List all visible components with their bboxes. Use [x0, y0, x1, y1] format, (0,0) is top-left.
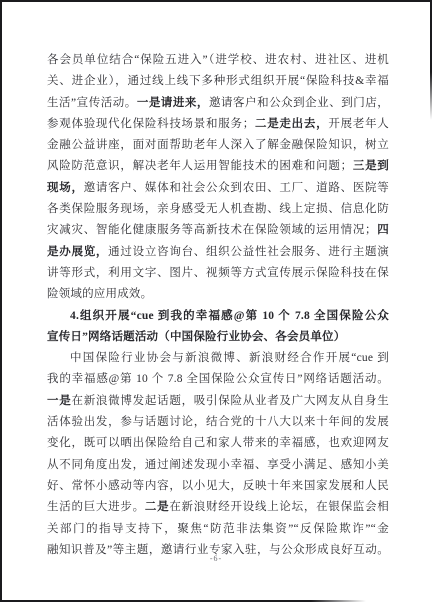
text-run: 关、进企业），通过线上线下多种形式组织开展“保险科技&幸福 [47, 75, 389, 87]
text-line: 灾减灾、智能化健康服务等高新技术在保险领域的运用情况；四 [47, 220, 389, 241]
text-line: 4.组织开展“cue 到我的幸福感@第 10 个 7.8 全国保险公众 [47, 306, 389, 327]
text-run: 参观体验现代化保险科技场景和服务； [47, 118, 254, 130]
text-run: 金融公益讲座，面对面帮助老年人深入了解金融保险知识，树立 [47, 139, 389, 151]
text-run: 通过设立咨询台、组织公益性社会服务、进行主题演 [108, 246, 389, 258]
text-run: 在新浪财经开设线上论坛，在银保监会相 [169, 501, 389, 513]
text-line: 金融公益讲座，面对面帮助老年人深入了解金融保险知识，树立 [47, 135, 389, 156]
text-line: 我的幸福感@第 10 个 7.8 全国保险公众宣传日”网络话题活动。 [47, 369, 389, 390]
text-run: 风险防范意识，解决老年人运用智能技术的困难和问题； [47, 160, 352, 172]
bold-text-run: 一是请进来， [137, 97, 209, 109]
page-number: -6- [0, 554, 432, 563]
text-run: 关部门的指导支持下，聚焦“防范非法集资”“反保险欺诈”“金 [47, 523, 389, 535]
scan-border-left [0, 0, 2, 601]
scan-border-top [0, 0, 432, 2]
text-run: 生活的巨大进步。 [47, 501, 145, 513]
bold-text-run: 二是走出去， [254, 118, 328, 130]
scan-border-bottom [0, 600, 366, 602]
text-line: 讲等形式，利用文字、图片、视频等方式宣传展示保险科技在保 [47, 263, 389, 284]
text-run: 各会员单位结合“保险五进入”（进学校、进农村、进社区、进机 [47, 54, 389, 66]
document-page: 各会员单位结合“保险五进入”（进学校、进农村、进社区、进机关、进企业），通过线上… [0, 0, 432, 603]
text-run: 各类保险服务现场，亲身感受无人机查勘、线上定损、信息化防 [47, 203, 389, 215]
bold-text-run: 4.组织开展“cue 到我的幸福感@第 10 个 7.8 全国保险公众 [70, 310, 389, 322]
text-line: 中国保险行业协会与新浪微博、新浪财经合作开展“cue 到 [47, 348, 389, 369]
text-line: 险领域的应用成效。 [47, 284, 389, 305]
bold-text-run: 是办展览， [47, 246, 108, 258]
bold-text-run: 二是 [145, 501, 169, 513]
bold-text-run: 四 [377, 224, 389, 236]
bold-text-run: 一是 [47, 395, 71, 407]
text-line: 宣传日”网络话题活动（中国保险行业协会、各会员单位） [47, 327, 389, 348]
text-run: 生活”宣传活动。 [47, 97, 137, 109]
text-run: 险领域的应用成效。 [47, 288, 152, 300]
text-line: 变化，既可以晒出保险给自己和家人带来的幸福感，也欢迎网友 [47, 433, 389, 454]
text-line: 从不同角度出发，通过阐述发现小幸福、享受小满足、感知小美 [47, 455, 389, 476]
text-run: 讲等形式，利用文字、图片、视频等方式宣传展示保险科技在保 [47, 267, 389, 279]
text-line: 生活”宣传活动。一是请进来，邀请客户和公众到企业、到门店， [47, 93, 389, 114]
text-run: 变化，既可以晒出保险给自己和家人带来的幸福感，也欢迎网友 [47, 437, 389, 449]
text-run: 邀请客户和公众到企业、到门店， [209, 97, 389, 109]
bold-text-run: 现场， [47, 182, 84, 194]
text-line: 参观体验现代化保险科技场景和服务；二是走出去，开展老年人 [47, 114, 389, 135]
text-line: 好、常怀小感动等内容，以小见大，反映十年来国家发展和人民 [47, 476, 389, 497]
text-line: 关部门的指导支持下，聚焦“防范非法集资”“反保险欺诈”“金 [47, 519, 389, 540]
text-run: 灾减灾、智能化健康服务等高新技术在保险领域的运用情况； [47, 224, 377, 236]
text-run: 从不同角度出发，通过阐述发现小幸福、享受小满足、感知小美 [47, 459, 389, 471]
text-line: 一是在新浪微博发起话题，吸引保险从业者及广大网友从自身生 [47, 391, 389, 412]
text-run: 中国保险行业协会与新浪微博、新浪财经合作开展“cue 到 [70, 352, 389, 364]
bold-text-run: 宣传日”网络话题活动（中国保险行业协会、各会员单位） [47, 331, 345, 343]
text-run: 我的幸福感@第 10 个 7.8 全国保险公众宣传日”网络话题活动。 [47, 373, 389, 385]
text-line: 活体验出发，参与话题讨论，结合党的十八大以来十年间的发展 [47, 412, 389, 433]
text-run: 活体验出发，参与话题讨论，结合党的十八大以来十年间的发展 [47, 416, 389, 428]
text-line: 各会员单位结合“保险五进入”（进学校、进农村、进社区、进机 [47, 50, 389, 71]
text-line: 是办展览，通过设立咨询台、组织公益性社会服务、进行主题演 [47, 242, 389, 263]
text-line: 现场，邀请客户、媒体和社会公众到农田、工厂、道路、医院等 [47, 178, 389, 199]
text-line: 生活的巨大进步。二是在新浪财经开设线上论坛，在银保监会相 [47, 497, 389, 518]
text-run: 在新浪微博发起话题，吸引保险从业者及广大网友从自身生 [71, 395, 389, 407]
text-run: 好、常怀小感动等内容，以小见大，反映十年来国家发展和人民 [47, 480, 389, 492]
text-line: 各类保险服务现场，亲身感受无人机查勘、线上定损、信息化防 [47, 199, 389, 220]
bold-text-run: 三是到 [352, 160, 389, 172]
text-line: 风险防范意识，解决老年人运用智能技术的困难和问题；三是到 [47, 156, 389, 177]
text-run: 开展老年人 [328, 118, 389, 130]
text-run: 邀请客户、媒体和社会公众到农田、工厂、道路、医院等 [84, 182, 389, 194]
document-body: 各会员单位结合“保险五进入”（进学校、进农村、进社区、进机关、进企业），通过线上… [47, 50, 389, 561]
text-line: 关、进企业），通过线上线下多种形式组织开展“保险科技&幸福 [47, 71, 389, 92]
